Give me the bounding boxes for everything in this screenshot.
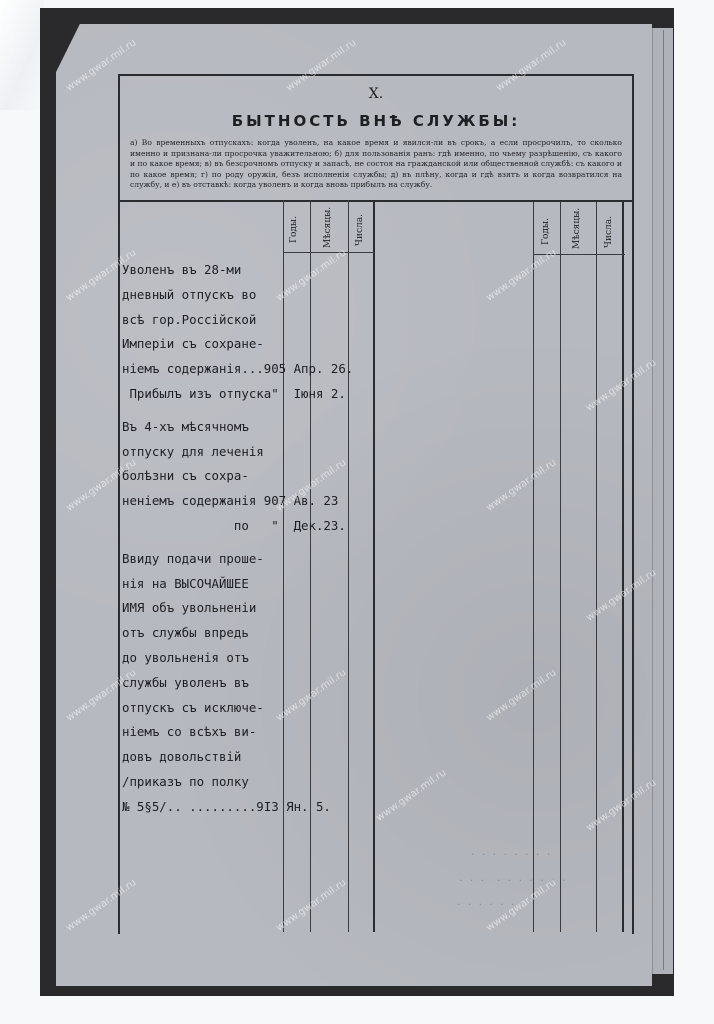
entry-line: отъ службы впредь <box>122 621 422 646</box>
right-months-divider <box>560 202 561 932</box>
section-number: X. <box>120 86 632 102</box>
section-instructions: а) Во временныхъ отпускахъ: когда уволен… <box>130 138 622 191</box>
page-curl <box>0 0 44 110</box>
entry-line: болѣзни съ сохра- <box>122 464 422 489</box>
section-title: БЫТНОСТЬ ВНѢ СЛУЖБЫ: <box>120 112 632 130</box>
entry-line: отпуску для леченія <box>122 440 422 465</box>
entry-line: Имперіи съ сохране- <box>122 332 422 357</box>
bleed-through-text: . . . . . . . . <box>470 848 551 858</box>
fold-line <box>663 30 664 970</box>
entry-line: Въ 4-хъ мѣсячномъ <box>122 415 422 440</box>
left-header-months: Мѣсяцы. <box>323 205 333 249</box>
entry-line: по " Дек.23. <box>122 514 422 539</box>
left-header-underline <box>283 252 375 253</box>
bleed-through-text: . . . . . . . . . . <box>458 874 566 884</box>
right-header-years: Годы. <box>541 214 551 250</box>
entry-line: дневный отпускъ во <box>122 283 422 308</box>
entry-line: всѣ гор.Россійской <box>122 308 422 333</box>
entry-line: Ввиду подачи проше- <box>122 547 422 572</box>
right-days-divider <box>596 202 597 932</box>
entry-line: довъ довольствій <box>122 745 422 770</box>
left-header-days: Числа. <box>355 212 365 248</box>
entry-line: /приказъ по полку <box>122 770 422 795</box>
left-header-years: Годы. <box>289 212 299 248</box>
right-section-end <box>622 202 624 932</box>
entry-line: ИМЯ объ увольненіи <box>122 596 422 621</box>
entry-line: службы уволенъ въ <box>122 671 422 696</box>
entry-line: нія на ВЫСОЧАЙШЕЕ <box>122 572 422 597</box>
entry-line: Прибылъ изъ отпуска" Іюня 2. <box>122 382 422 407</box>
right-header-underline <box>533 254 625 255</box>
entry-line: отпускъ съ исключе- <box>122 696 422 721</box>
entry-leave-1905: Уволенъ въ 28-ми дневный отпускъ во всѣ … <box>122 258 422 407</box>
typed-entries: Уволенъ въ 28-ми дневный отпускъ во всѣ … <box>122 258 422 820</box>
entry-line: ніемъ со всѣхъ ви- <box>122 720 422 745</box>
bleed-through-text: . . . . . . <box>456 898 516 908</box>
entry-line: до увольненія отъ <box>122 646 422 671</box>
right-header-months: Мѣсяцы. <box>572 206 582 250</box>
entry-line: Уволенъ въ 28-ми <box>122 258 422 283</box>
entry-line: ніемъ содержанія...905 Апр. 26. <box>122 357 422 382</box>
entry-leave-1907: Въ 4-хъ мѣсячномъ отпуску для леченія бо… <box>122 415 422 539</box>
entry-line: № 5§5/.. .........9I3 Ян. 5. <box>122 795 422 820</box>
header-rule <box>120 200 632 202</box>
right-years-divider <box>533 202 534 932</box>
entry-leave-1913: Ввиду подачи проше- нія на ВЫСОЧАЙШЕЕ ИМ… <box>122 547 422 820</box>
entry-line: неніемъ содержанія 907 Ав. 23 <box>122 489 422 514</box>
right-header-days: Числа. <box>604 214 614 250</box>
